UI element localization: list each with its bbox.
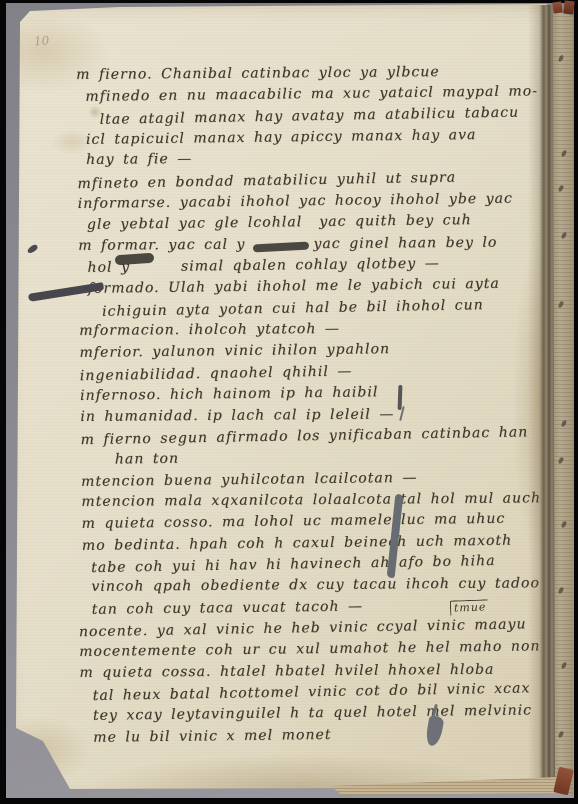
manuscript-photo: 10 m fierno. Chanibal catinbac yloc ya y… — [0, 0, 578, 804]
fore-edge-ink-mark — [561, 520, 568, 528]
fore-edge-ink-mark — [561, 231, 568, 239]
leather-binding-top — [563, 1, 574, 15]
fore-edge-ink-mark — [561, 149, 568, 157]
fore-edge-ink-mark — [558, 54, 565, 62]
interlinear-insertion: tmue — [450, 599, 489, 615]
folio-number: 10 — [34, 33, 50, 48]
fore-edge-ink-mark — [558, 730, 565, 738]
fore-edge-ink-mark — [561, 419, 568, 427]
manuscript-line: mtencion mala xqxanilcota lolaalcota tal… — [81, 488, 551, 513]
fore-edge-ink-mark — [558, 184, 565, 192]
leather-binding-top — [552, 1, 562, 13]
manuscript-line: mformacion. iholcoh ytatcoh — — [79, 317, 549, 342]
handwriting-block: m fierno. Chanibal catinbac yloc ya ylbc… — [72, 60, 554, 749]
manuscript-line: m fierno. Chanibal catinbac yloc ya ylbc… — [76, 61, 546, 86]
fore-edge-ink-mark — [558, 586, 565, 594]
fore-edge-ink-mark — [558, 300, 565, 308]
fore-edge-ink-mark — [561, 661, 568, 669]
manuscript-line: vincoh qpah obediente dx cuy tacau ihcoh… — [91, 573, 552, 598]
fore-edge-ink-mark — [558, 456, 565, 464]
ink-dot-mark — [26, 244, 39, 255]
binding-gutter — [528, 5, 555, 787]
manuscript-page: 10 m fierno. Chanibal catinbac yloc ya y… — [0, 0, 578, 804]
